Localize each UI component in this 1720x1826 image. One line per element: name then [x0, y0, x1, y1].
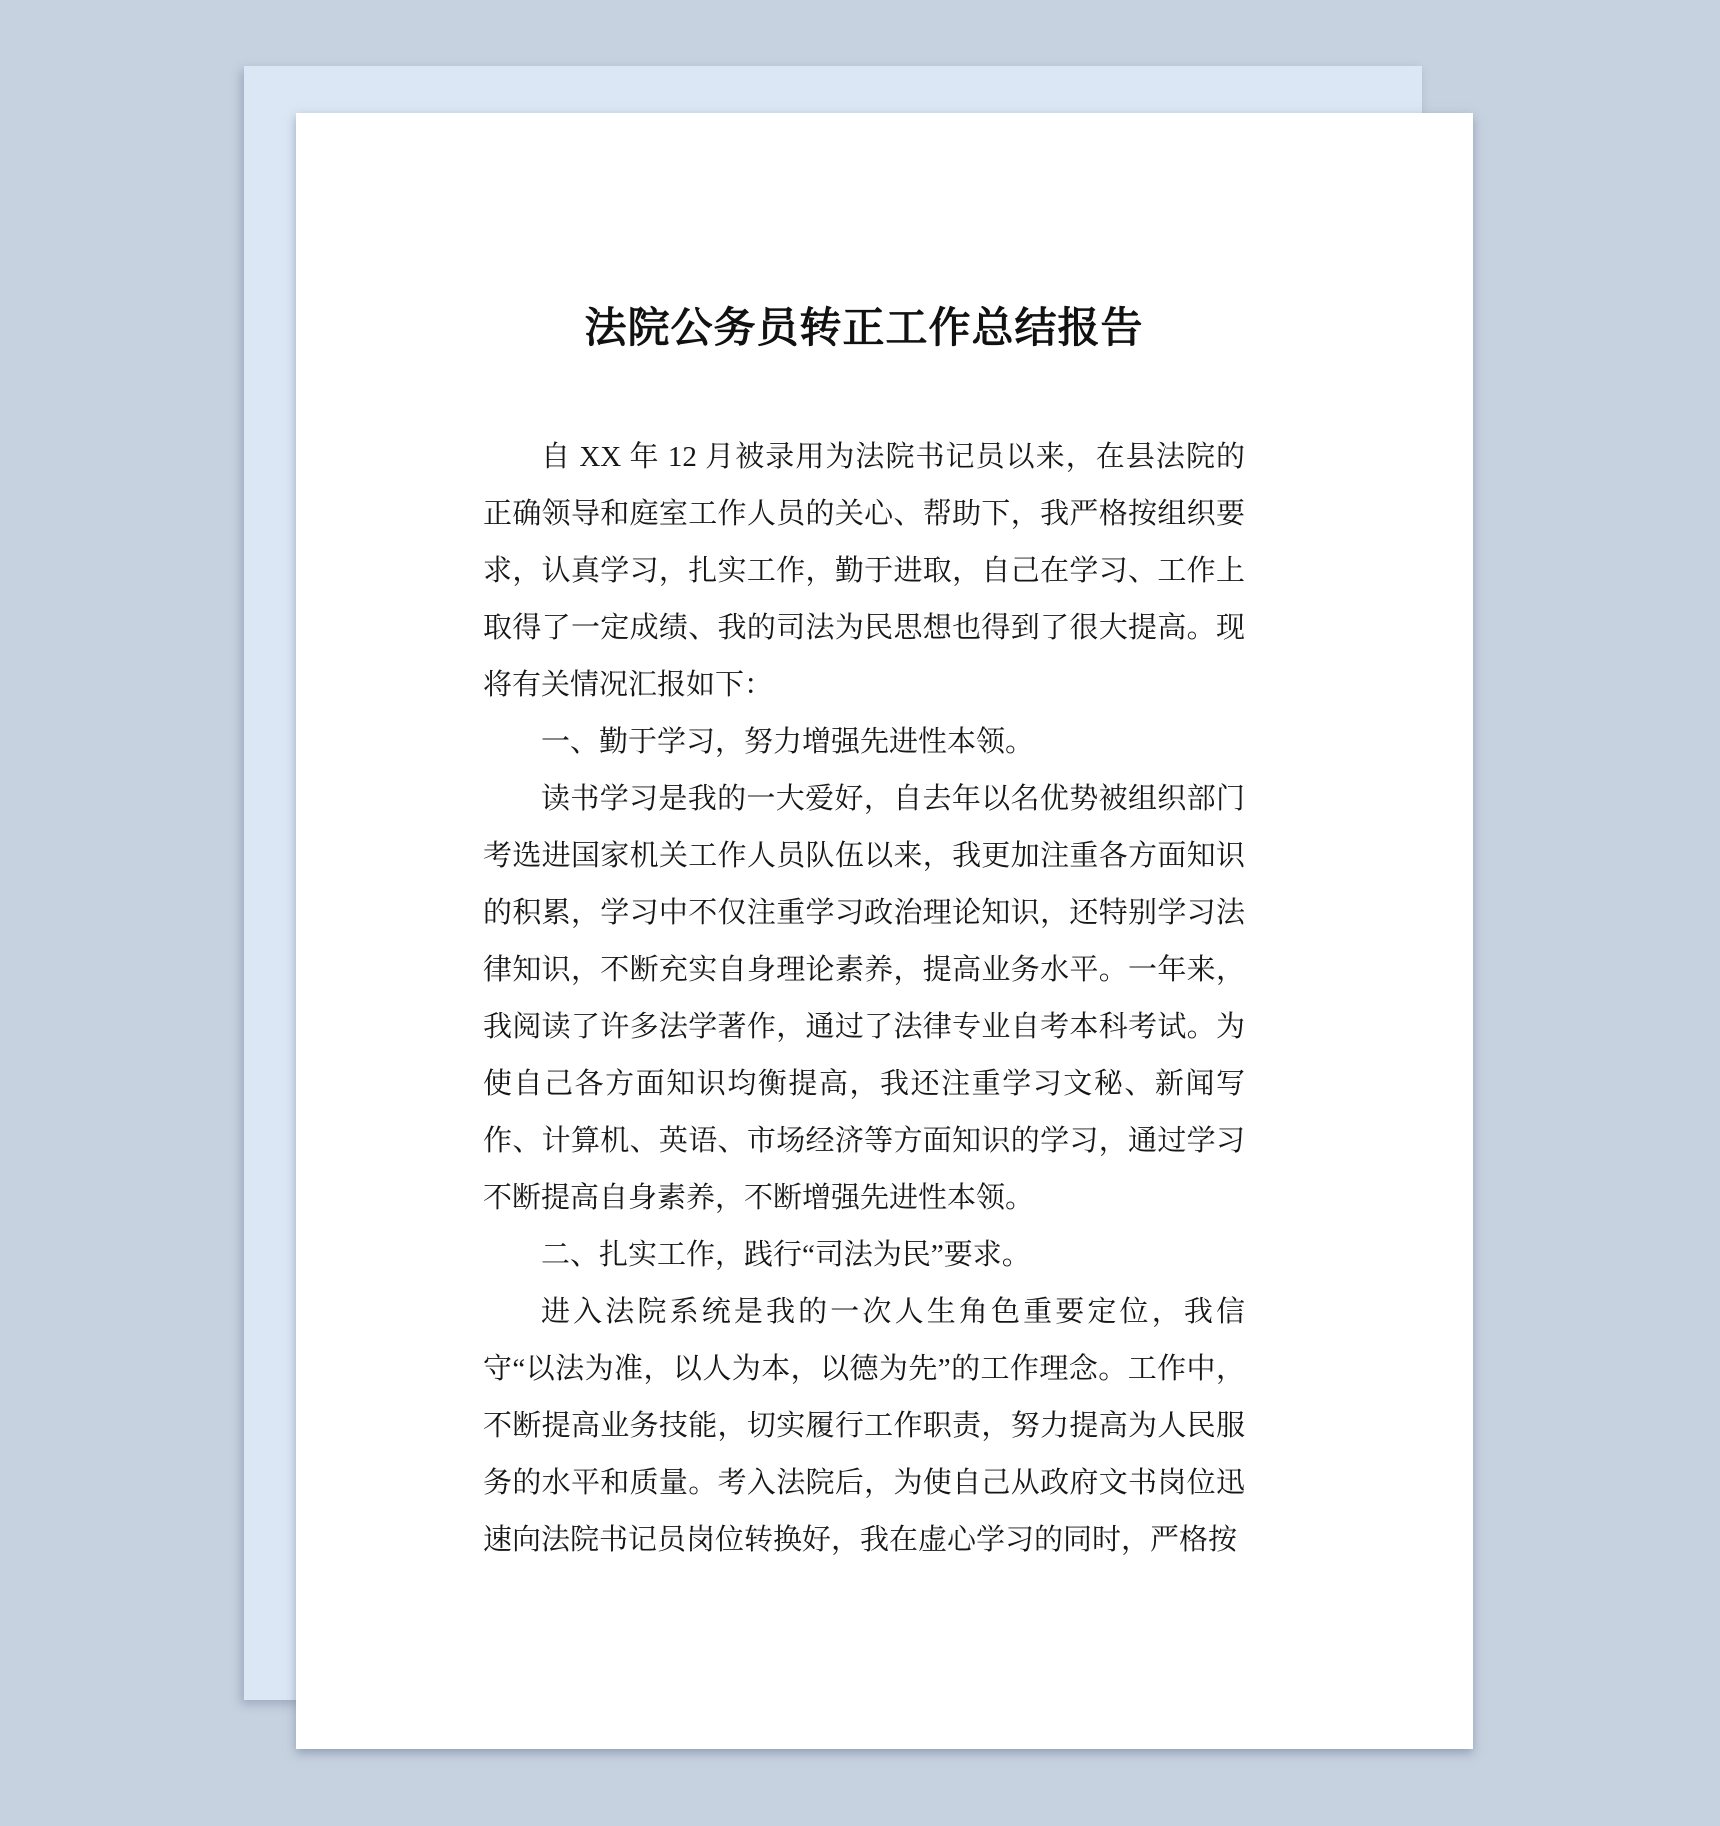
paragraph-intro: 自 XX 年 12 月被录用为法院书记员以来，在县法院的正确领导和庭室工作人员的…: [483, 429, 1245, 714]
paragraph-section-2: 进入法院系统是我的一次人生角色重要定位，我信守“以法为准，以人为本，以德为先”的…: [483, 1284, 1245, 1569]
paragraph-heading-2: 二、扎实工作，践行“司法为民”要求。: [483, 1227, 1245, 1284]
document-page: 法院公务员转正工作总结报告 自 XX 年 12 月被录用为法院书记员以来，在县法…: [296, 113, 1473, 1749]
paragraph-section-1: 读书学习是我的一大爱好，自去年以名优势被组织部门考选进国家机关工作人员队伍以来，…: [483, 771, 1245, 1227]
document-title: 法院公务员转正工作总结报告: [483, 303, 1245, 353]
paragraph-heading-1: 一、勤于学习，努力增强先进性本领。: [483, 714, 1245, 771]
page-background: 法院公务员转正工作总结报告 自 XX 年 12 月被录用为法院书记员以来，在县法…: [0, 0, 1720, 1826]
document-body: 自 XX 年 12 月被录用为法院书记员以来，在县法院的正确领导和庭室工作人员的…: [483, 429, 1245, 1569]
